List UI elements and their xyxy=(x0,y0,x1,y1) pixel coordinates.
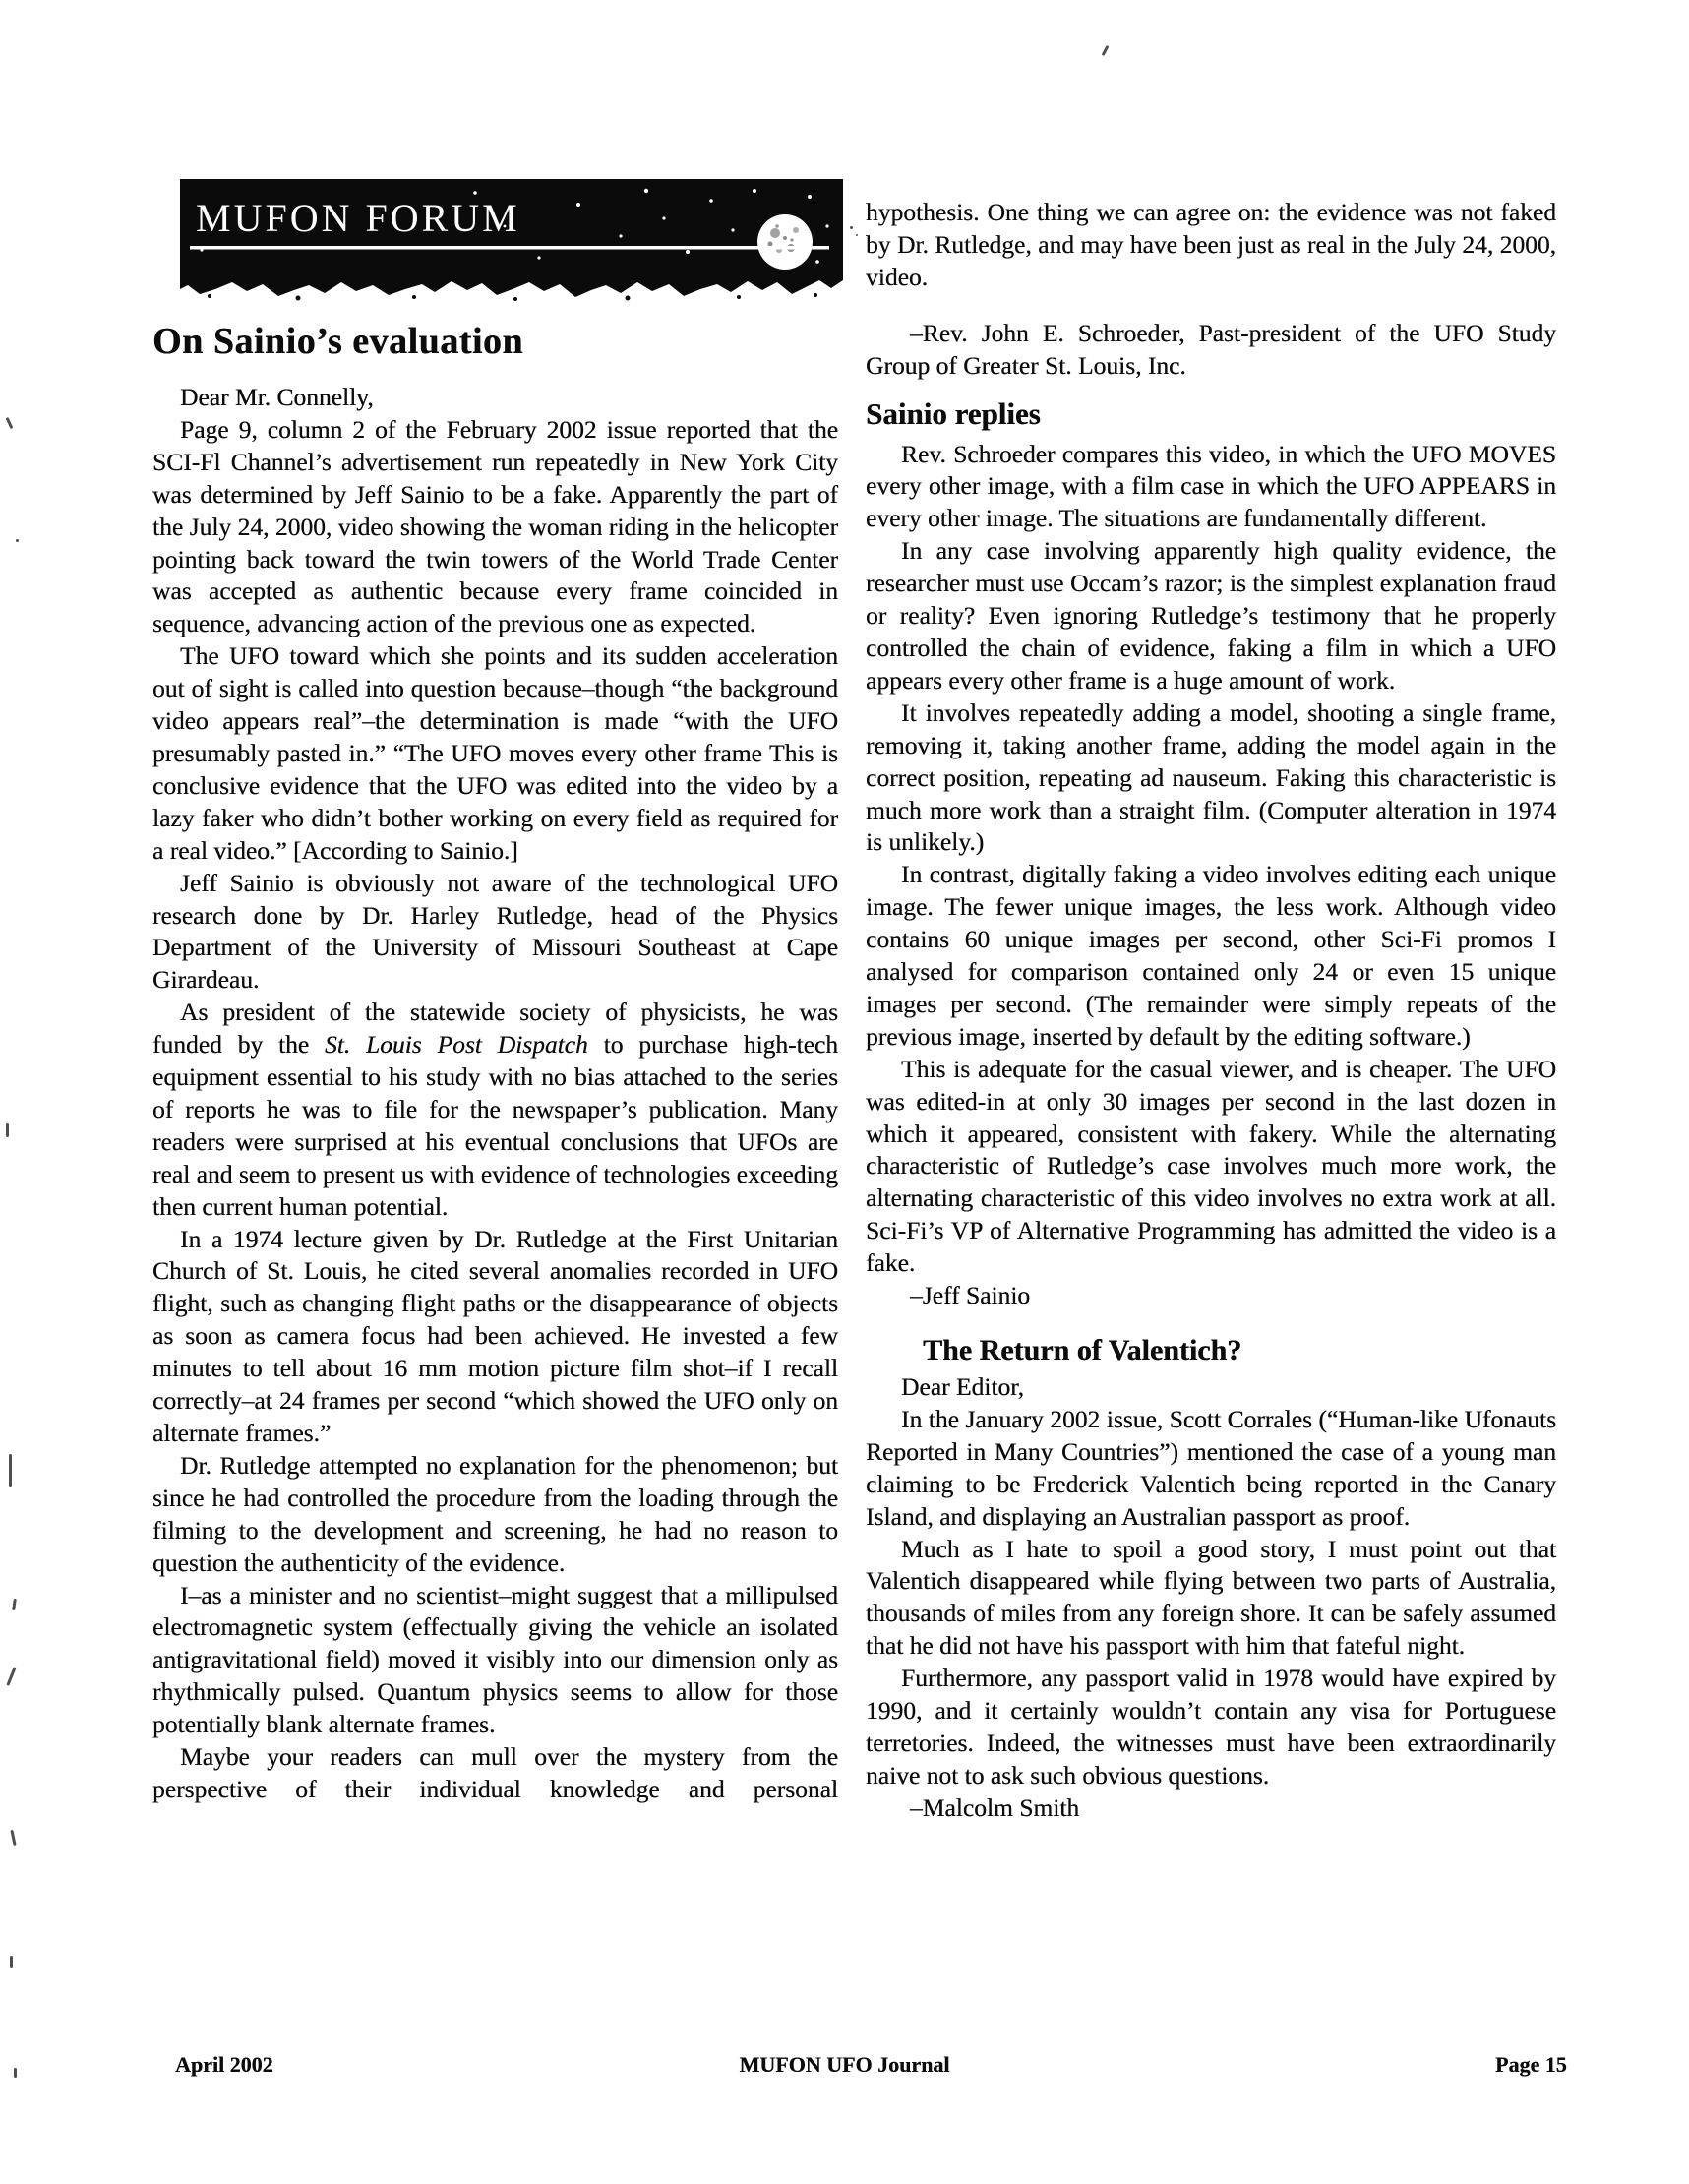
paragraph: In the January 2002 issue, Scott Corrale… xyxy=(866,1404,1556,1534)
article-heading-return-of-valentich: The Return of Valentich? xyxy=(866,1334,1556,1367)
banner-underline xyxy=(190,246,829,250)
scan-artifact xyxy=(6,417,14,429)
paragraph: This is adequate for the casual viewer, … xyxy=(866,1054,1556,1280)
paragraph: The UFO toward which she points and its … xyxy=(152,640,838,867)
paragraph: It involves repeatedly adding a model, s… xyxy=(866,698,1556,860)
left-column: On Sainio’s evaluation Dear Mr. Connelly… xyxy=(152,321,838,1806)
scan-artifact xyxy=(6,1667,16,1686)
banner-title: MUFON FORUM xyxy=(196,195,520,241)
paragraph: In a 1974 lecture given by Dr. Rutledge … xyxy=(152,1224,838,1450)
paragraph: Much as I hate to spoil a good story, I … xyxy=(866,1534,1556,1664)
article-heading-sainio-replies: Sainio replies xyxy=(866,396,1556,432)
paragraph-continued-from-left-column: hypothesis. One thing we can agree on: t… xyxy=(866,197,1556,294)
paragraph: As president of the statewide society of… xyxy=(152,997,838,1223)
scan-artifact xyxy=(9,1454,12,1487)
paragraph: Furthermore, any passport valid in 1978 … xyxy=(866,1663,1556,1792)
publication-name: St. Louis Post Dispatch xyxy=(325,1030,588,1059)
scan-artifact xyxy=(856,234,858,236)
paragraph: In any case involving apparently high qu… xyxy=(866,535,1556,698)
scan-artifact xyxy=(10,1830,16,1846)
paragraph: Page 9, column 2 of the February 2002 is… xyxy=(152,414,838,640)
scanned-journal-page: MUFON FORUM On Sainio’s evaluation Dear … xyxy=(0,0,1689,2184)
paragraph: Jeff Sainio is obviously not aware of th… xyxy=(152,868,838,998)
scan-artifact xyxy=(1102,45,1110,56)
paragraph-text: to purchase high-tech equipment essentia… xyxy=(152,1030,838,1221)
scan-artifact xyxy=(850,226,853,229)
moon-icon xyxy=(757,214,813,270)
ragged-edge xyxy=(180,273,843,297)
scan-artifact xyxy=(12,1599,17,1610)
ragged-specks xyxy=(208,293,817,301)
salutation: Dear Editor, xyxy=(866,1371,1556,1404)
article-heading-on-sainios-evaluation: On Sainio’s evaluation xyxy=(152,321,838,362)
paragraph: Dr. Rutledge attempted no explanation fo… xyxy=(152,1450,838,1580)
paragraph-continues-next-column: Maybe your readers can mull over the mys… xyxy=(152,1741,838,1806)
scan-artifact xyxy=(6,1123,9,1137)
paragraph: I–as a minister and no scientist–might s… xyxy=(152,1580,838,1742)
footer-page-number: Page 15 xyxy=(1495,2052,1567,2078)
scan-artifact xyxy=(14,2068,17,2078)
paragraph: Rev. Schroeder compares this video, in w… xyxy=(866,439,1556,536)
right-column: hypothesis. One thing we can agree on: t… xyxy=(866,197,1556,1825)
mufon-forum-banner: MUFON FORUM xyxy=(180,179,843,301)
salutation: Dear Mr. Connelly, xyxy=(152,382,838,414)
footer-journal-title: MUFON UFO Journal xyxy=(0,2052,1689,2078)
signature-malcolm-smith: –Malcolm Smith xyxy=(866,1792,1556,1825)
scan-artifact xyxy=(10,1956,13,1968)
signature-schroeder: –Rev. John E. Schroeder, Past-president … xyxy=(866,318,1556,383)
scan-artifact xyxy=(16,539,19,542)
paragraph: In contrast, digitally faking a video in… xyxy=(866,859,1556,1053)
signature-jeff-sainio: –Jeff Sainio xyxy=(866,1280,1556,1312)
